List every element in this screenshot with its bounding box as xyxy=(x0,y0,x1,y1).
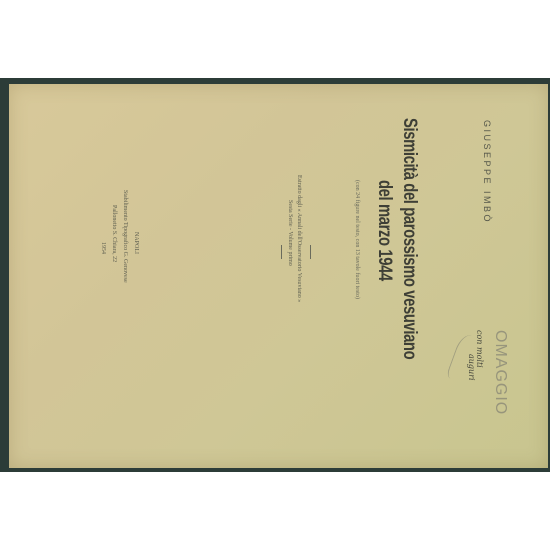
publisher-city: NAPOLI xyxy=(133,232,139,292)
divider-rule xyxy=(310,245,311,259)
publisher-address: Pallonetto S. Chiara, 22 xyxy=(111,205,117,405)
extract-line-2: Sesta Serie - Volume primo xyxy=(287,200,293,400)
extract-line-1: Estratto dagli « Annali dell'Osservatori… xyxy=(296,175,302,425)
title-line-2: del marzo 1944 xyxy=(373,180,395,336)
publisher-press: Stabilimento Tipografico G. Genovese xyxy=(122,190,128,430)
subtitle: (con 24 figure nel testo, con 13 tavole … xyxy=(354,180,360,420)
publication-year: 1954 xyxy=(100,242,106,282)
omaggio-stamp: OMAGGIO xyxy=(491,330,509,450)
divider-rule xyxy=(281,245,282,259)
title-line-1: Sismicità del parossismo vesuviano xyxy=(398,118,420,352)
